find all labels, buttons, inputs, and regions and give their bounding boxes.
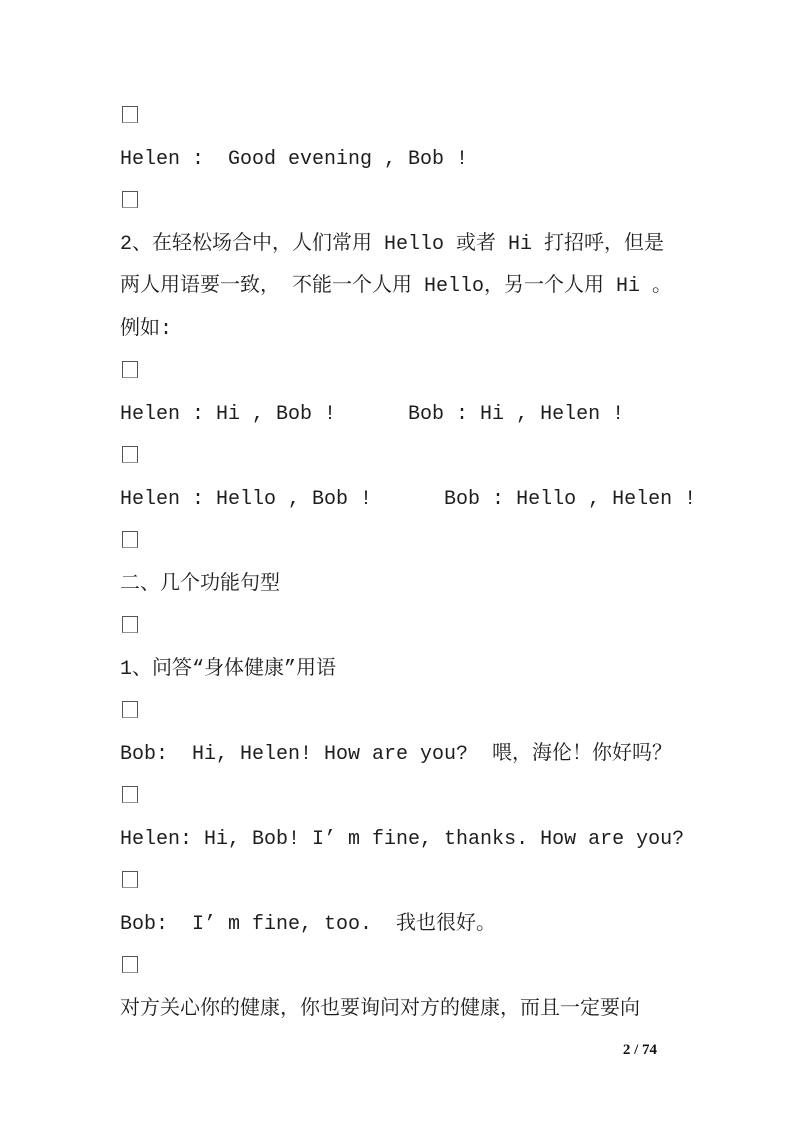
text-line: Helen: Hi, Bob! I’ m fine, thanks. How a… — [120, 819, 690, 862]
text-line: 两人用语要一致， 不能一个人用 Hello，另一个人用 Hi 。 — [120, 266, 690, 309]
empty-checkbox-glyph — [122, 191, 138, 208]
placeholder-box-line — [120, 691, 690, 734]
text-line: Bob: Hi, Helen! How are you? 喂，海伦！你好吗？ — [120, 734, 690, 777]
placeholder-box-line — [120, 776, 690, 819]
text-line: Helen : Hello , Bob ! Bob : Hello , Hele… — [120, 479, 690, 522]
text-line: Helen : Hi , Bob ! Bob : Hi , Helen ! — [120, 394, 690, 437]
page-number: 2 / 74 — [0, 1042, 657, 1059]
placeholder-box-line — [120, 96, 690, 139]
placeholder-box-line — [120, 861, 690, 904]
placeholder-box-line — [120, 181, 690, 224]
empty-checkbox-glyph — [122, 786, 138, 803]
text-line: 1、问答“身体健康”用语 — [120, 649, 690, 692]
text-line: 对方关心你的健康，你也要询问对方的健康，而且一定要向 — [120, 989, 690, 1032]
placeholder-box-line — [120, 351, 690, 394]
empty-checkbox-glyph — [122, 361, 138, 378]
text-line: Bob: I’ m fine, too. 我也很好。 — [120, 904, 690, 947]
placeholder-box-line — [120, 946, 690, 989]
text-line: 例如: — [120, 309, 690, 352]
empty-checkbox-glyph — [122, 871, 138, 888]
placeholder-box-line — [120, 521, 690, 564]
text-line: 2、在轻松场合中，人们常用 Hello 或者 Hi 打招呼，但是 — [120, 224, 690, 267]
text-line: 二、几个功能句型 — [120, 564, 690, 607]
empty-checkbox-glyph — [122, 701, 138, 718]
empty-checkbox-glyph — [122, 106, 138, 123]
text-line: Helen : Good evening , Bob ! — [120, 139, 690, 182]
document-body: Helen : Good evening , Bob !2、在轻松场合中，人们常… — [120, 96, 690, 1031]
empty-checkbox-glyph — [122, 531, 138, 548]
empty-checkbox-glyph — [122, 446, 138, 463]
placeholder-box-line — [120, 606, 690, 649]
empty-checkbox-glyph — [122, 956, 138, 973]
placeholder-box-line — [120, 436, 690, 479]
document-page: Helen : Good evening , Bob !2、在轻松场合中，人们常… — [0, 0, 800, 1132]
empty-checkbox-glyph — [122, 616, 138, 633]
